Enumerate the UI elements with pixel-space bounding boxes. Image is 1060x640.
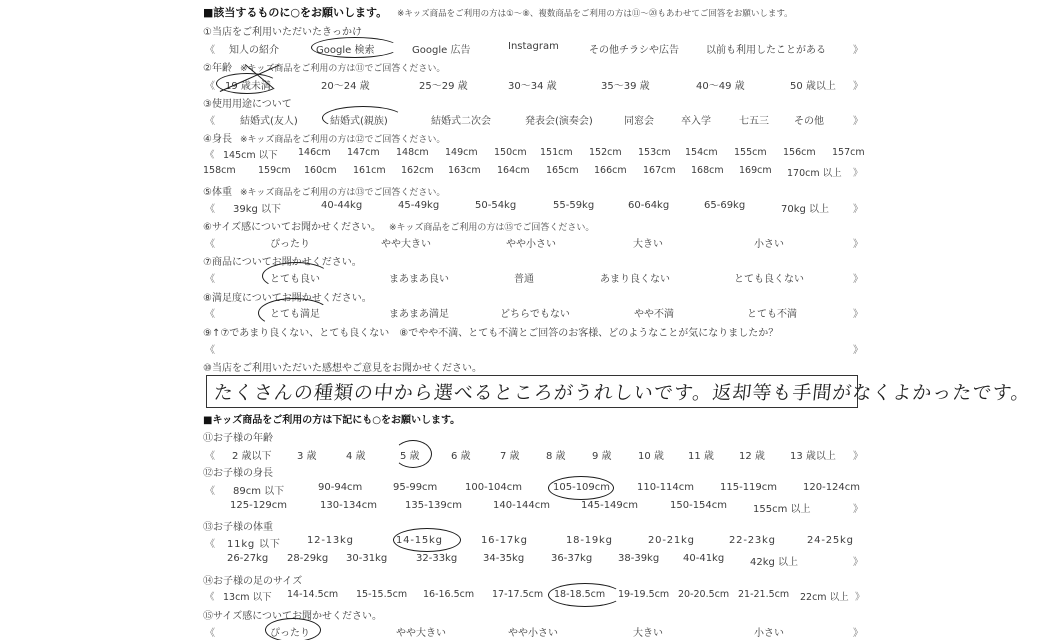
q13-option[interactable]: 28-29kg — [287, 553, 328, 564]
bracket-close: 》 — [853, 165, 863, 179]
q7-option-selected[interactable]: とても良い — [270, 270, 320, 285]
q15-options: 《 ぴったり やや大きい やや小さい 大きい 小さい 》 — [203, 624, 863, 638]
q9-answer[interactable]: 《 》 — [203, 341, 863, 355]
q13-option-selected[interactable]: 14-15kg — [396, 535, 443, 546]
q13-options-row2: 26-27kg 28-29kg 30-31kg 32-33kg 34-35kg … — [203, 553, 868, 567]
bracket-open: 《 — [205, 624, 215, 639]
q11-option-selected[interactable]: 5 歳 — [400, 447, 420, 462]
bracket-close: 》 — [853, 341, 863, 356]
q11-option[interactable]: 12 歳 — [739, 447, 765, 462]
q1-options: 《 知人の紹介 Google 検索 Google 広告 Instagram その… — [203, 41, 863, 55]
q4-option[interactable]: 166cm — [594, 165, 627, 176]
q13-option[interactable]: 26-27kg — [227, 553, 268, 564]
q11-option[interactable]: 9 歳 — [592, 447, 612, 462]
q14-options: 《 13cm 以下 14-14.5cm 15-15.5cm 16-16.5cm … — [203, 589, 868, 603]
q13-option[interactable]: 18-19kg — [566, 535, 613, 546]
q13-option[interactable]: 42kg 以上 — [750, 553, 798, 568]
q2-option[interactable]: 50 歳以上 — [790, 77, 836, 92]
q13-option[interactable]: 38-39kg — [618, 553, 659, 564]
q11-options: 《 2 歳以下 3 歳 4 歳 5 歳 6 歳 7 歳 8 歳 9 歳 10 歳… — [203, 447, 863, 461]
q5-options: 《 39kg 以下 40-44kg 45-49kg 50-54kg 55-59k… — [203, 200, 863, 214]
q4-title: ④身長 — [203, 134, 232, 145]
q1-label: ①当店をご利用いただいたきっかけ — [203, 23, 362, 38]
q4-option[interactable]: 167cm — [643, 165, 676, 176]
q4-note: ※キッズ商品をご利用の方は⑫でご回答ください。 — [240, 135, 445, 145]
q8-option[interactable]: まあまあ満足 — [389, 305, 449, 320]
q13-option[interactable]: 24-25kg — [807, 535, 854, 546]
header-note: ※キッズ商品をご利用の方は①～⑧、複数商品をご利用の方は⑪～⑳もあわせてご回答を… — [397, 9, 793, 19]
q5-option[interactable]: 60-64kg — [628, 200, 669, 211]
q15-option-selected[interactable]: ぴったり — [270, 624, 310, 639]
bracket-open: 《 — [205, 305, 215, 320]
q2-option[interactable]: 25～29 歳 — [419, 77, 468, 92]
q5-option[interactable]: 50-54kg — [475, 200, 516, 211]
q5-option[interactable]: 39kg 以下 — [233, 200, 281, 215]
q12-option[interactable]: 115-119cm — [720, 482, 777, 493]
q4-option[interactable]: 156cm — [783, 147, 816, 158]
q8-label: ⑧満足度についてお聞かせください。 — [203, 289, 372, 304]
q14-option[interactable]: 22cm 以上 — [800, 589, 849, 603]
q1-option[interactable]: 知人の紹介 — [229, 41, 279, 56]
q4-option[interactable]: 155cm — [734, 147, 767, 158]
q14-option[interactable]: 14-14.5cm — [287, 589, 338, 600]
q10-label: ⑩当店をご利用いただいた感想やご意見をお聞かせください。 — [203, 359, 482, 374]
q14-label: ⑭お子様の足のサイズ — [203, 572, 302, 587]
q4-option[interactable]: 164cm — [497, 165, 530, 176]
q5-note: ※キッズ商品をご利用の方は⑬でご回答ください。 — [240, 188, 445, 198]
q13-option[interactable]: 16-17kg — [481, 535, 528, 546]
bracket-open: 《 — [205, 535, 216, 550]
q12-option[interactable]: 140-144cm — [493, 500, 550, 511]
q12-option[interactable]: 145-149cm — [581, 500, 638, 511]
q12-option[interactable]: 90-94cm — [318, 482, 362, 493]
q12-option[interactable]: 135-139cm — [405, 500, 462, 511]
bracket-open: 《 — [205, 77, 215, 92]
q4-option[interactable]: 146cm — [298, 147, 331, 158]
q1-option[interactable]: その他チラシや広告 — [589, 41, 679, 56]
q13-option[interactable]: 40-41kg — [683, 553, 724, 564]
q11-option[interactable]: 11 歳 — [688, 447, 714, 462]
q12-option[interactable]: 130-134cm — [320, 500, 377, 511]
q15-option[interactable]: 小さい — [754, 624, 784, 639]
q3-option[interactable]: 卒入学 — [681, 112, 711, 127]
q7-option[interactable]: 普通 — [514, 270, 534, 285]
q13-option[interactable]: 32-33kg — [416, 553, 457, 564]
q6-label: ⑥サイズ感についてお聞かせください。※キッズ商品をご利用の方は⑮でご回答ください… — [203, 218, 594, 233]
bracket-open: 《 — [205, 200, 215, 215]
bracket-close: 》 — [853, 270, 863, 285]
q4-option[interactable]: 158cm — [203, 165, 236, 176]
q8-option[interactable]: やや不満 — [634, 305, 674, 320]
q13-options-row1: 《 11kg 以下 12-13kg 14-15kg 16-17kg 18-19k… — [203, 535, 868, 549]
q1-option[interactable]: Instagram — [508, 41, 559, 52]
q6-option[interactable]: ぴったり — [270, 235, 310, 250]
q1-option-selected[interactable]: Google 検索 — [316, 41, 374, 56]
q14-option[interactable]: 21-21.5cm — [738, 589, 789, 600]
q15-option[interactable]: やや大きい — [396, 624, 446, 639]
q12-option-selected[interactable]: 105-109cm — [553, 482, 610, 493]
q2-options: 《 19 歳未満 20～24 歳 25～29 歳 30～34 歳 35～39 歳… — [203, 77, 863, 91]
q4-option[interactable]: 152cm — [589, 147, 622, 158]
q4-option[interactable]: 147cm — [347, 147, 380, 158]
q12-options-row1: 《 89cm 以下 90-94cm 95-99cm 100-104cm 105-… — [203, 482, 868, 496]
q1-option[interactable]: 以前も利用したことがある — [706, 41, 826, 56]
q4-options-row2: 158cm 159cm 160cm 161cm 162cm 163cm 164c… — [203, 165, 868, 179]
q13-option[interactable]: 12-13kg — [307, 535, 354, 546]
q14-option[interactable]: 19-19.5cm — [618, 589, 669, 600]
q12-option[interactable]: 100-104cm — [465, 482, 522, 493]
q6-options: 《 ぴったり やや大きい やや小さい 大きい 小さい 》 — [203, 235, 863, 249]
q3-option[interactable]: 同窓会 — [624, 112, 654, 127]
q6-option[interactable]: 大きい — [633, 235, 663, 250]
q4-option[interactable]: 169cm — [739, 165, 772, 176]
q11-label: ⑪お子様の年齢 — [203, 429, 273, 444]
q4-option[interactable]: 168cm — [691, 165, 724, 176]
q14-option[interactable]: 13cm 以下 — [223, 589, 272, 603]
header-title: ■該当するものに○をお願いします。 — [203, 6, 387, 19]
q12-option[interactable]: 120-124cm — [803, 482, 860, 493]
q14-option[interactable]: 17-17.5cm — [492, 589, 543, 600]
q4-option[interactable]: 160cm — [304, 165, 337, 176]
q12-option[interactable]: 155cm 以上 — [753, 500, 811, 515]
q3-option[interactable]: 結婚式二次会 — [431, 112, 491, 127]
q4-option[interactable]: 151cm — [540, 147, 573, 158]
q13-option[interactable]: 11kg 以下 — [227, 535, 281, 550]
q3-option[interactable]: 結婚式(友人) — [240, 112, 298, 127]
q4-option[interactable]: 163cm — [448, 165, 481, 176]
q3-option-selected[interactable]: 結婚式(親族) — [330, 112, 388, 127]
q1-option[interactable]: Google 広告 — [412, 41, 470, 56]
q12-option[interactable]: 89cm 以下 — [233, 482, 284, 497]
bracket-open: 《 — [205, 482, 215, 497]
bracket-close: 》 — [853, 305, 863, 320]
q11-option[interactable]: 7 歳 — [500, 447, 520, 462]
q15-option[interactable]: やや小さい — [508, 624, 558, 639]
questionnaire-sheet: ■該当するものに○をお願いします。※キッズ商品をご利用の方は①～⑧、複数商品をご… — [0, 0, 1060, 640]
bracket-open: 《 — [205, 589, 215, 603]
q11-option[interactable]: 3 歳 — [297, 447, 317, 462]
q14-option[interactable]: 20-20.5cm — [678, 589, 729, 600]
q6-title: ⑥サイズ感についてお聞かせください。 — [203, 222, 381, 233]
q3-options: 《 結婚式(友人) 結婚式(親族) 結婚式二次会 発表会(演奏会) 同窓会 卒入… — [203, 112, 863, 126]
q13-option[interactable]: 20-21kg — [648, 535, 695, 546]
q13-option[interactable]: 30-31kg — [346, 553, 387, 564]
bracket-close: 》 — [853, 553, 863, 568]
q11-option[interactable]: 6 歳 — [451, 447, 471, 462]
q4-option[interactable]: 157cm — [832, 147, 865, 158]
bracket-close: 》 — [855, 589, 865, 603]
q12-option[interactable]: 125-129cm — [230, 500, 287, 511]
q7-option[interactable]: とても良くない — [734, 270, 804, 285]
bracket-close: 》 — [853, 200, 863, 215]
bracket-close: 》 — [853, 235, 863, 250]
q4-option[interactable]: 149cm — [445, 147, 478, 158]
q6-option[interactable]: やや大きい — [381, 235, 431, 250]
q5-option[interactable]: 55-59kg — [553, 200, 594, 211]
q11-option[interactable]: 2 歳以下 — [232, 447, 272, 462]
bracket-open: 《 — [205, 147, 215, 161]
q11-option[interactable]: 8 歳 — [546, 447, 566, 462]
kids-section-header: ■キッズ商品をご利用の方は下記にも○をお願いします。 — [203, 411, 460, 426]
q8-option-selected[interactable]: とても満足 — [270, 305, 320, 320]
q7-option[interactable]: あまり良くない — [600, 270, 670, 285]
q7-options: 《 とても良い まあまあ良い 普通 あまり良くない とても良くない 》 — [203, 270, 863, 284]
q11-option[interactable]: 10 歳 — [638, 447, 664, 462]
q3-option[interactable]: その他 — [794, 112, 824, 127]
bracket-close: 》 — [853, 77, 863, 92]
q5-option[interactable]: 45-49kg — [398, 200, 439, 211]
q10-handwritten-answer: たくさんの種類の中から選べるところがうれしいです。返却等も手間がなくよかったです… — [213, 378, 1033, 405]
q8-option[interactable]: とても不満 — [747, 305, 797, 320]
q2-option[interactable]: 30～34 歳 — [508, 77, 557, 92]
q4-option[interactable]: 150cm — [494, 147, 527, 158]
q6-option[interactable]: 小さい — [754, 235, 784, 250]
q5-option[interactable]: 65-69kg — [704, 200, 745, 211]
q8-option[interactable]: どちらでもない — [500, 305, 570, 320]
q12-label: ⑫お子様の身長 — [203, 464, 273, 479]
section-header: ■該当するものに○をお願いします。※キッズ商品をご利用の方は①～⑧、複数商品をご… — [203, 4, 793, 20]
q14-option[interactable]: 16-16.5cm — [423, 589, 474, 600]
q2-option[interactable]: 35～39 歳 — [601, 77, 650, 92]
q11-option[interactable]: 4 歳 — [346, 447, 366, 462]
q5-label: ⑤体重※キッズ商品をご利用の方は⑬でご回答ください。 — [203, 183, 445, 198]
q4-option[interactable]: 161cm — [353, 165, 386, 176]
q4-option[interactable]: 170cm 以上 — [787, 165, 842, 179]
bracket-close: 》 — [853, 500, 863, 515]
q3-label: ③使用用途について — [203, 95, 292, 110]
q4-option[interactable]: 145cm 以下 — [223, 147, 278, 161]
q4-option[interactable]: 153cm — [638, 147, 671, 158]
q15-option[interactable]: 大きい — [633, 624, 663, 639]
q5-title: ⑤体重 — [203, 187, 232, 198]
q2-label: ②年齢※キッズ商品をご利用の方は⑪でご回答ください。 — [203, 59, 445, 74]
q4-option[interactable]: 148cm — [396, 147, 429, 158]
q4-options-row1: 《 145cm 以下 146cm 147cm 148cm 149cm 150cm… — [203, 147, 868, 161]
q14-option-selected[interactable]: 18-18.5cm — [554, 589, 605, 600]
q12-option[interactable]: 95-99cm — [393, 482, 437, 493]
q15-label: ⑮サイズ感についてお聞かせください。 — [203, 607, 382, 622]
q12-option[interactable]: 150-154cm — [670, 500, 727, 511]
q3-option[interactable]: 七五三 — [739, 112, 769, 127]
q5-option[interactable]: 40-44kg — [321, 200, 362, 211]
bracket-close: 》 — [853, 112, 863, 127]
q4-label: ④身長※キッズ商品をご利用の方は⑫でご回答ください。 — [203, 130, 445, 145]
q7-option[interactable]: まあまあ良い — [389, 270, 449, 285]
bracket-open: 《 — [205, 235, 215, 250]
q4-option[interactable]: 165cm — [546, 165, 579, 176]
q13-option[interactable]: 22-23kg — [729, 535, 776, 546]
q2-title: ②年齢 — [203, 63, 232, 74]
q14-option[interactable]: 15-15.5cm — [356, 589, 407, 600]
q12-options-row2: 125-129cm 130-134cm 135-139cm 140-144cm … — [203, 500, 868, 514]
q13-option[interactable]: 36-37kg — [551, 553, 592, 564]
bracket-open: 《 — [205, 447, 215, 462]
q12-option[interactable]: 110-114cm — [637, 482, 694, 493]
q3-option[interactable]: 発表会(演奏会) — [525, 112, 593, 127]
q2-option[interactable]: 40～49 歳 — [696, 77, 745, 92]
q8-options: 《 とても満足 まあまあ満足 どちらでもない やや不満 とても不満 》 — [203, 305, 863, 319]
q4-option[interactable]: 162cm — [401, 165, 434, 176]
bracket-open: 《 — [205, 341, 215, 356]
bracket-open: 《 — [205, 41, 215, 56]
q4-option[interactable]: 159cm — [258, 165, 291, 176]
bracket-open: 《 — [205, 112, 215, 127]
q5-option[interactable]: 70kg 以上 — [781, 200, 829, 215]
q6-note: ※キッズ商品をご利用の方は⑮でご回答ください。 — [389, 223, 594, 233]
bracket-close: 》 — [853, 447, 863, 462]
q2-option[interactable]: 20～24 歳 — [321, 77, 370, 92]
q13-option[interactable]: 34-35kg — [483, 553, 524, 564]
bracket-close: 》 — [853, 41, 863, 56]
q11-option[interactable]: 13 歳以上 — [790, 447, 836, 462]
bracket-close: 》 — [853, 624, 863, 639]
q9-label: ⑨↑⑦であまり良くない、とても良くない ⑧でやや不満、とても不満とご回答のお客様… — [203, 324, 778, 339]
q13-label: ⑬お子様の体重 — [203, 518, 273, 533]
bracket-open: 《 — [205, 270, 215, 285]
q7-label: ⑦商品についてお聞かせください。 — [203, 253, 362, 268]
q4-option[interactable]: 154cm — [685, 147, 718, 158]
q6-option[interactable]: やや小さい — [506, 235, 556, 250]
